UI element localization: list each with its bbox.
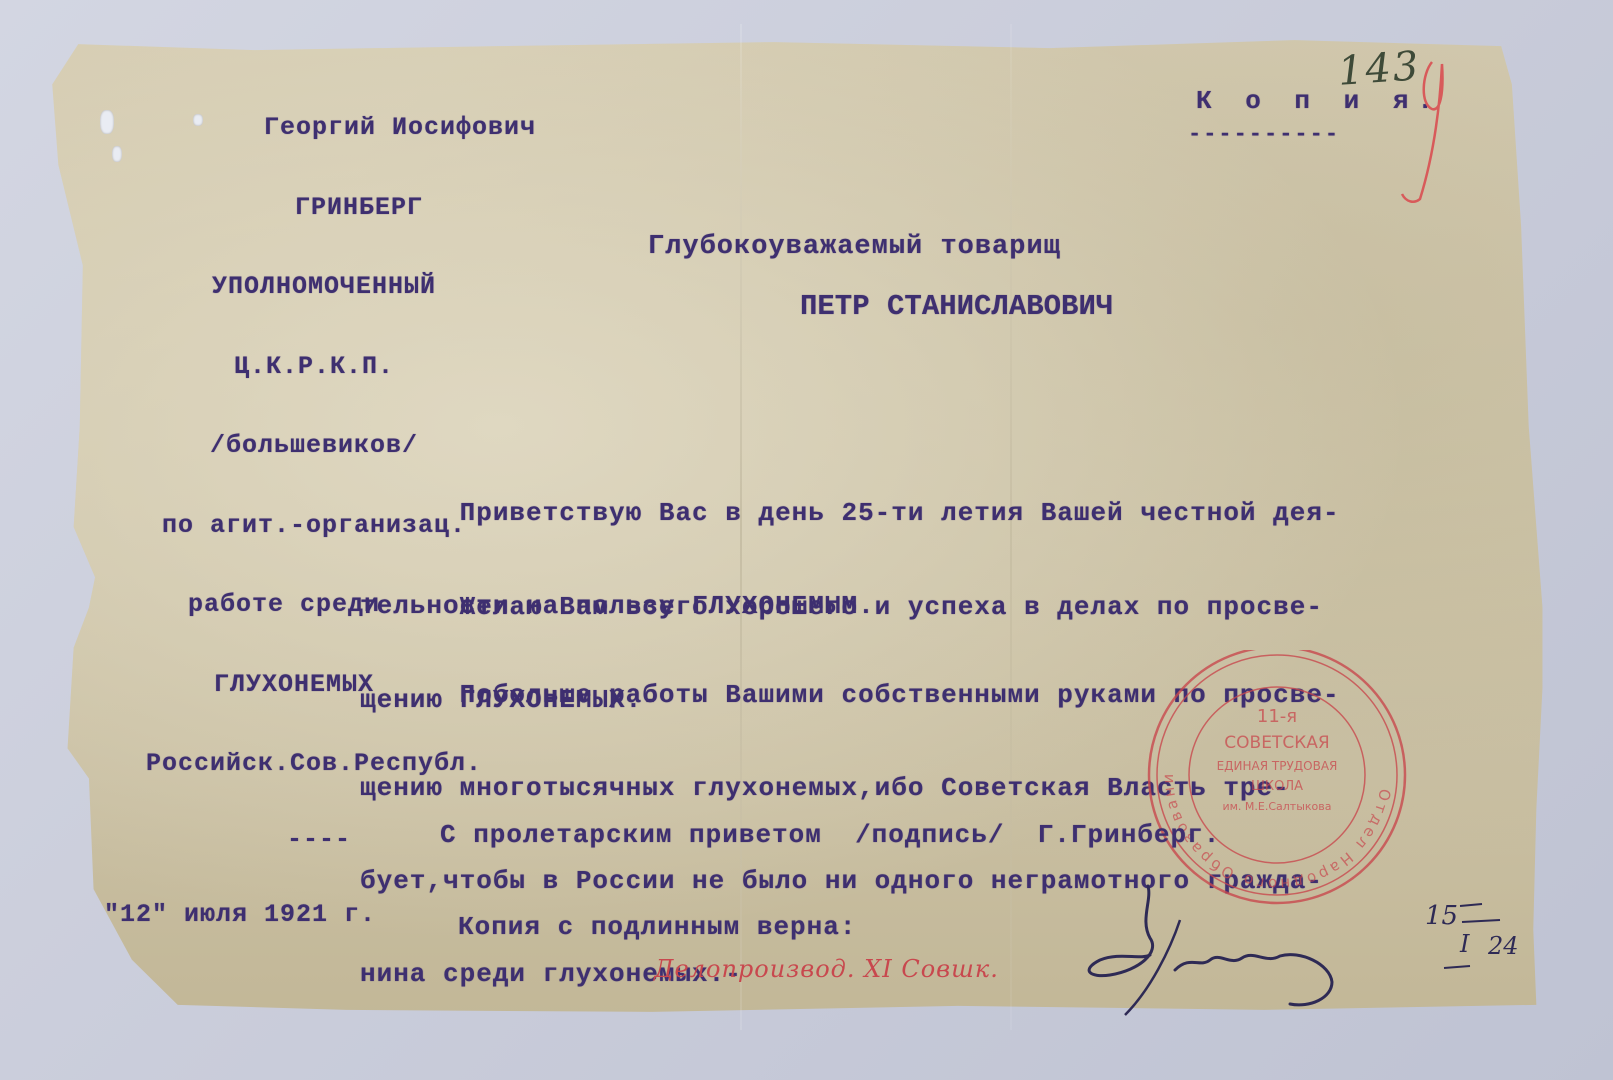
red-pencil-mark-icon (1392, 54, 1452, 204)
handwritten-signature-icon (1070, 880, 1370, 1020)
svg-text:11-я: 11-я (1257, 706, 1297, 727)
certification-line: Копия с подлинным верна: (458, 912, 856, 942)
svg-text:24: 24 (1487, 932, 1519, 960)
closing-line: С пролетарским приветом /подпись/ Г.Грин… (440, 820, 1220, 850)
handwritten-date-icon: 15 I 24 (1420, 890, 1540, 1000)
svg-text:I: I (1459, 930, 1470, 958)
svg-text:ЕДИНАЯ ТРУДОВАЯ: ЕДИНАЯ ТРУДОВАЯ (1217, 759, 1338, 773)
sender-line: Георгий Иосифович (104, 115, 524, 142)
clerk-stamp: Делопроизвод. XI Совшк. (654, 955, 999, 983)
salutation: Глубокоуважаемый товарищ (648, 232, 1061, 262)
svg-text:им. М.Е.Салтыкова: им. М.Е.Салтыкова (1222, 800, 1331, 813)
sender-line: ГРИНБЕРГ (104, 195, 524, 222)
svg-text:15: 15 (1425, 901, 1458, 931)
svg-text:ШКОЛА: ШКОЛА (1251, 779, 1303, 794)
school-stamp-icon: 11-я СОВЕТСКАЯ ЕДИНАЯ ТРУДОВАЯ ШКОЛА им.… (1132, 650, 1422, 910)
sender-line: Ц.К.Р.К.П. (104, 354, 524, 381)
svg-text:СОВЕТСКАЯ: СОВЕТСКАЯ (1224, 733, 1329, 753)
paragraph-line: Приветствую Вас в день 25-ти летия Вашей… (360, 498, 1340, 529)
sender-line: УПОЛНОМОЧЕННЫЙ (104, 274, 524, 301)
copy-underline: ---------- (1188, 122, 1340, 147)
addressee: ПЕТР СТАНИСЛАВОВИЧ (800, 290, 1113, 323)
